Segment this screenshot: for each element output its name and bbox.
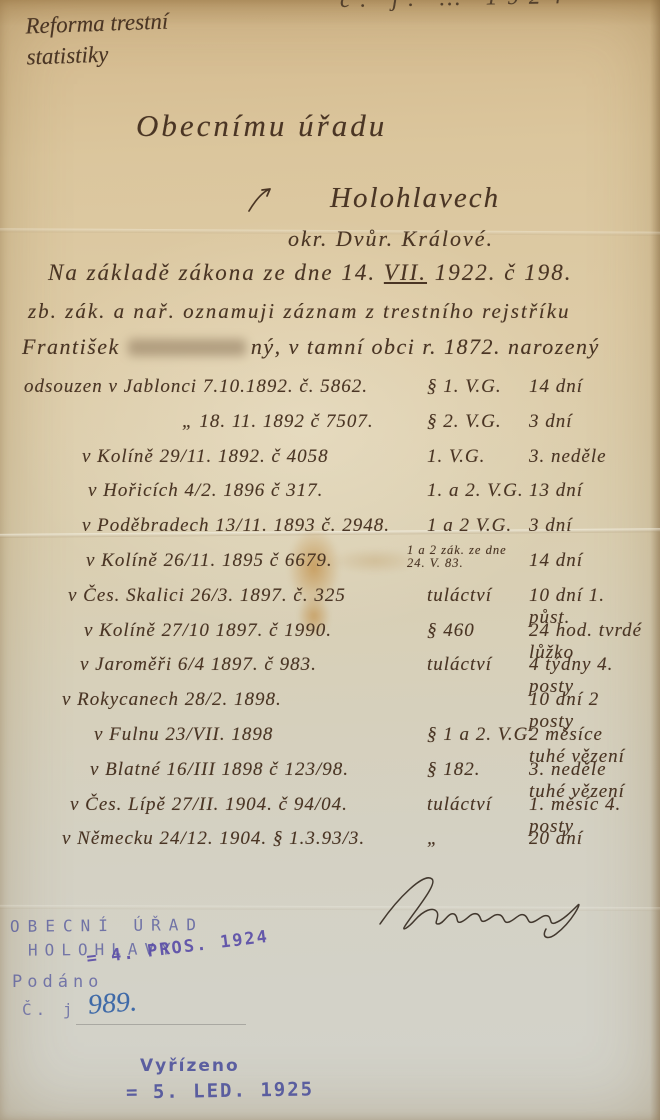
record-row: v Kolíně 26/11. 1895 č 6679.1 a 2 zák. z… — [24, 545, 644, 580]
file-number-baseline — [76, 1024, 246, 1025]
paper-edge-shading-right — [650, 0, 660, 1120]
record-place-date: odsouzen v Jablonci 7.10.1892. č. 5862. — [24, 376, 368, 398]
district-line: okr. Dvůr. Králové. — [288, 226, 494, 252]
record-row: v Kolíně 27/10 1897. č 1990.§ 46024 hod.… — [24, 615, 644, 650]
scanned-document-page: č. j. … 1924 Reforma trestní statistiky … — [0, 0, 660, 1120]
record-law: tuláctví — [427, 585, 492, 607]
record-row: v Poděbradech 13/11. 1893 č. 2948.1 a 2 … — [24, 510, 644, 545]
intro-line-1-underlined-date: VII. — [384, 260, 427, 285]
record-row: v Jaroměři 6/4 1897. č 983.tuláctví4 týd… — [24, 649, 644, 684]
record-place-date: v Německu 24/12. 1904. § 1.3.93/3. — [62, 828, 365, 850]
record-law: tuláctví — [427, 654, 492, 676]
record-sentence: 14 dní — [529, 376, 583, 398]
record-place-date: v Fulnu 23/VII. 1898 — [94, 724, 273, 746]
record-law: § 2. V.G. — [427, 411, 502, 433]
record-row: „ 18. 11. 1892 č 7507.§ 2. V.G.3 dní — [24, 406, 644, 441]
record-row: v Německu 24/12. 1904. § 1.3.93/3.„20 dn… — [24, 823, 644, 858]
margin-note-reforma: Reforma trestní statistiky — [25, 6, 170, 73]
record-place-date: v Kolíně 29/11. 1892. č 4058 — [82, 446, 329, 468]
done-date-stamp: = 5. LED. 1925 — [126, 1078, 315, 1103]
record-place-date: v Poděbradech 13/11. 1893 č. 2948. — [82, 515, 390, 537]
record-place-date: v Hořicích 4/2. 1896 č 317. — [88, 480, 323, 502]
salutation-line: Obecnímu úřadu — [136, 108, 387, 144]
record-sentence: 3. neděle — [529, 446, 607, 468]
record-law: § 1 a 2. V.G. — [427, 724, 534, 746]
record-row: v Fulnu 23/VII. 1898§ 1 a 2. V.G.2 měsíc… — [24, 719, 644, 754]
record-place-date: v Kolíně 27/10 1897. č 1990. — [84, 620, 332, 642]
record-place-date: v Blatné 16/III 1898 č 123/98. — [90, 759, 349, 781]
office-stamp-line-1: OBECNÍ ÚŘAD — [10, 915, 204, 936]
file-number-label-stamp: Č. j — [22, 1000, 77, 1019]
record-law: 1 a 2 V.G. — [427, 515, 512, 537]
conviction-record-list: odsouzen v Jablonci 7.10.1892. č. 5862.§… — [24, 371, 644, 858]
record-sentence: 20 dní — [529, 828, 583, 850]
record-law: 1. a 2. V.G. — [427, 480, 524, 502]
record-law: 1. V.G. — [427, 446, 485, 468]
intro-line-3-rest: ný, v tamní obci r. 1872. narozený — [251, 334, 600, 359]
intro-line-2: zb. zák. a nař. oznamuji záznam z trestn… — [28, 299, 571, 324]
done-label-stamp: Vyřízeno — [140, 1056, 240, 1076]
record-row: v Blatné 16/III 1898 č 123/98.§ 182.3. n… — [24, 754, 644, 789]
intro-line-1: Na základě zákona ze dne 14. VII. 1922. … — [48, 260, 572, 286]
insertion-caret-icon — [246, 184, 276, 221]
redacted-surname-blur — [128, 339, 246, 356]
record-row: odsouzen v Jablonci 7.10.1892. č. 5862.§… — [24, 371, 644, 406]
record-sentence: 3 dní — [529, 515, 573, 537]
record-row: v Rokycanech 28/2. 1898.10 dní 2 posty — [24, 684, 644, 719]
record-place-date: v Čes. Skalici 26/3. 1897. č. 325 — [68, 585, 346, 607]
record-row: v Čes. Lípě 27/II. 1904. č 94/04.tuláctv… — [24, 789, 644, 824]
record-place-date: v Kolíně 26/11. 1895 č 6679. — [86, 550, 333, 572]
record-place-date: v Jaroměři 6/4 1897. č 983. — [80, 654, 317, 676]
given-name: František — [22, 334, 120, 359]
record-row: v Čes. Skalici 26/3. 1897. č. 325tuláctv… — [24, 580, 644, 615]
record-law-annotation: 1 a 2 zák. ze dne 24. V. 83. — [407, 544, 507, 570]
record-place-date: v Čes. Lípě 27/II. 1904. č 94/04. — [70, 794, 348, 816]
file-number-handwritten: 989. — [87, 986, 138, 1021]
record-law: § 1. V.G. — [427, 376, 502, 398]
record-sentence: 13 dní — [529, 480, 583, 502]
place-heading: Holohlavech — [330, 182, 500, 215]
record-place-date: v Rokycanech 28/2. 1898. — [62, 689, 282, 711]
record-place-date: „ 18. 11. 1892 č 7507. — [182, 411, 374, 433]
record-law: § 460 — [427, 620, 475, 642]
record-law: tuláctví — [427, 794, 492, 816]
intro-line-3: Františekný, v tamní obci r. 1872. naroz… — [22, 334, 600, 360]
record-law: § 182. — [427, 759, 481, 781]
intro-line-1-pre: Na základě zákona ze dne 14. — [48, 260, 384, 285]
record-row: v Hořicích 4/2. 1896 č 317.1. a 2. V.G.1… — [24, 475, 644, 510]
signature — [352, 868, 592, 945]
record-sentence: 14 dní — [529, 550, 583, 572]
record-row: v Kolíně 29/11. 1892. č 40581. V.G.3. ne… — [24, 441, 644, 476]
intro-line-1-post: 1922. č 198. — [427, 260, 572, 285]
record-sentence: 3 dní — [529, 411, 573, 433]
record-law: „ — [427, 828, 439, 850]
